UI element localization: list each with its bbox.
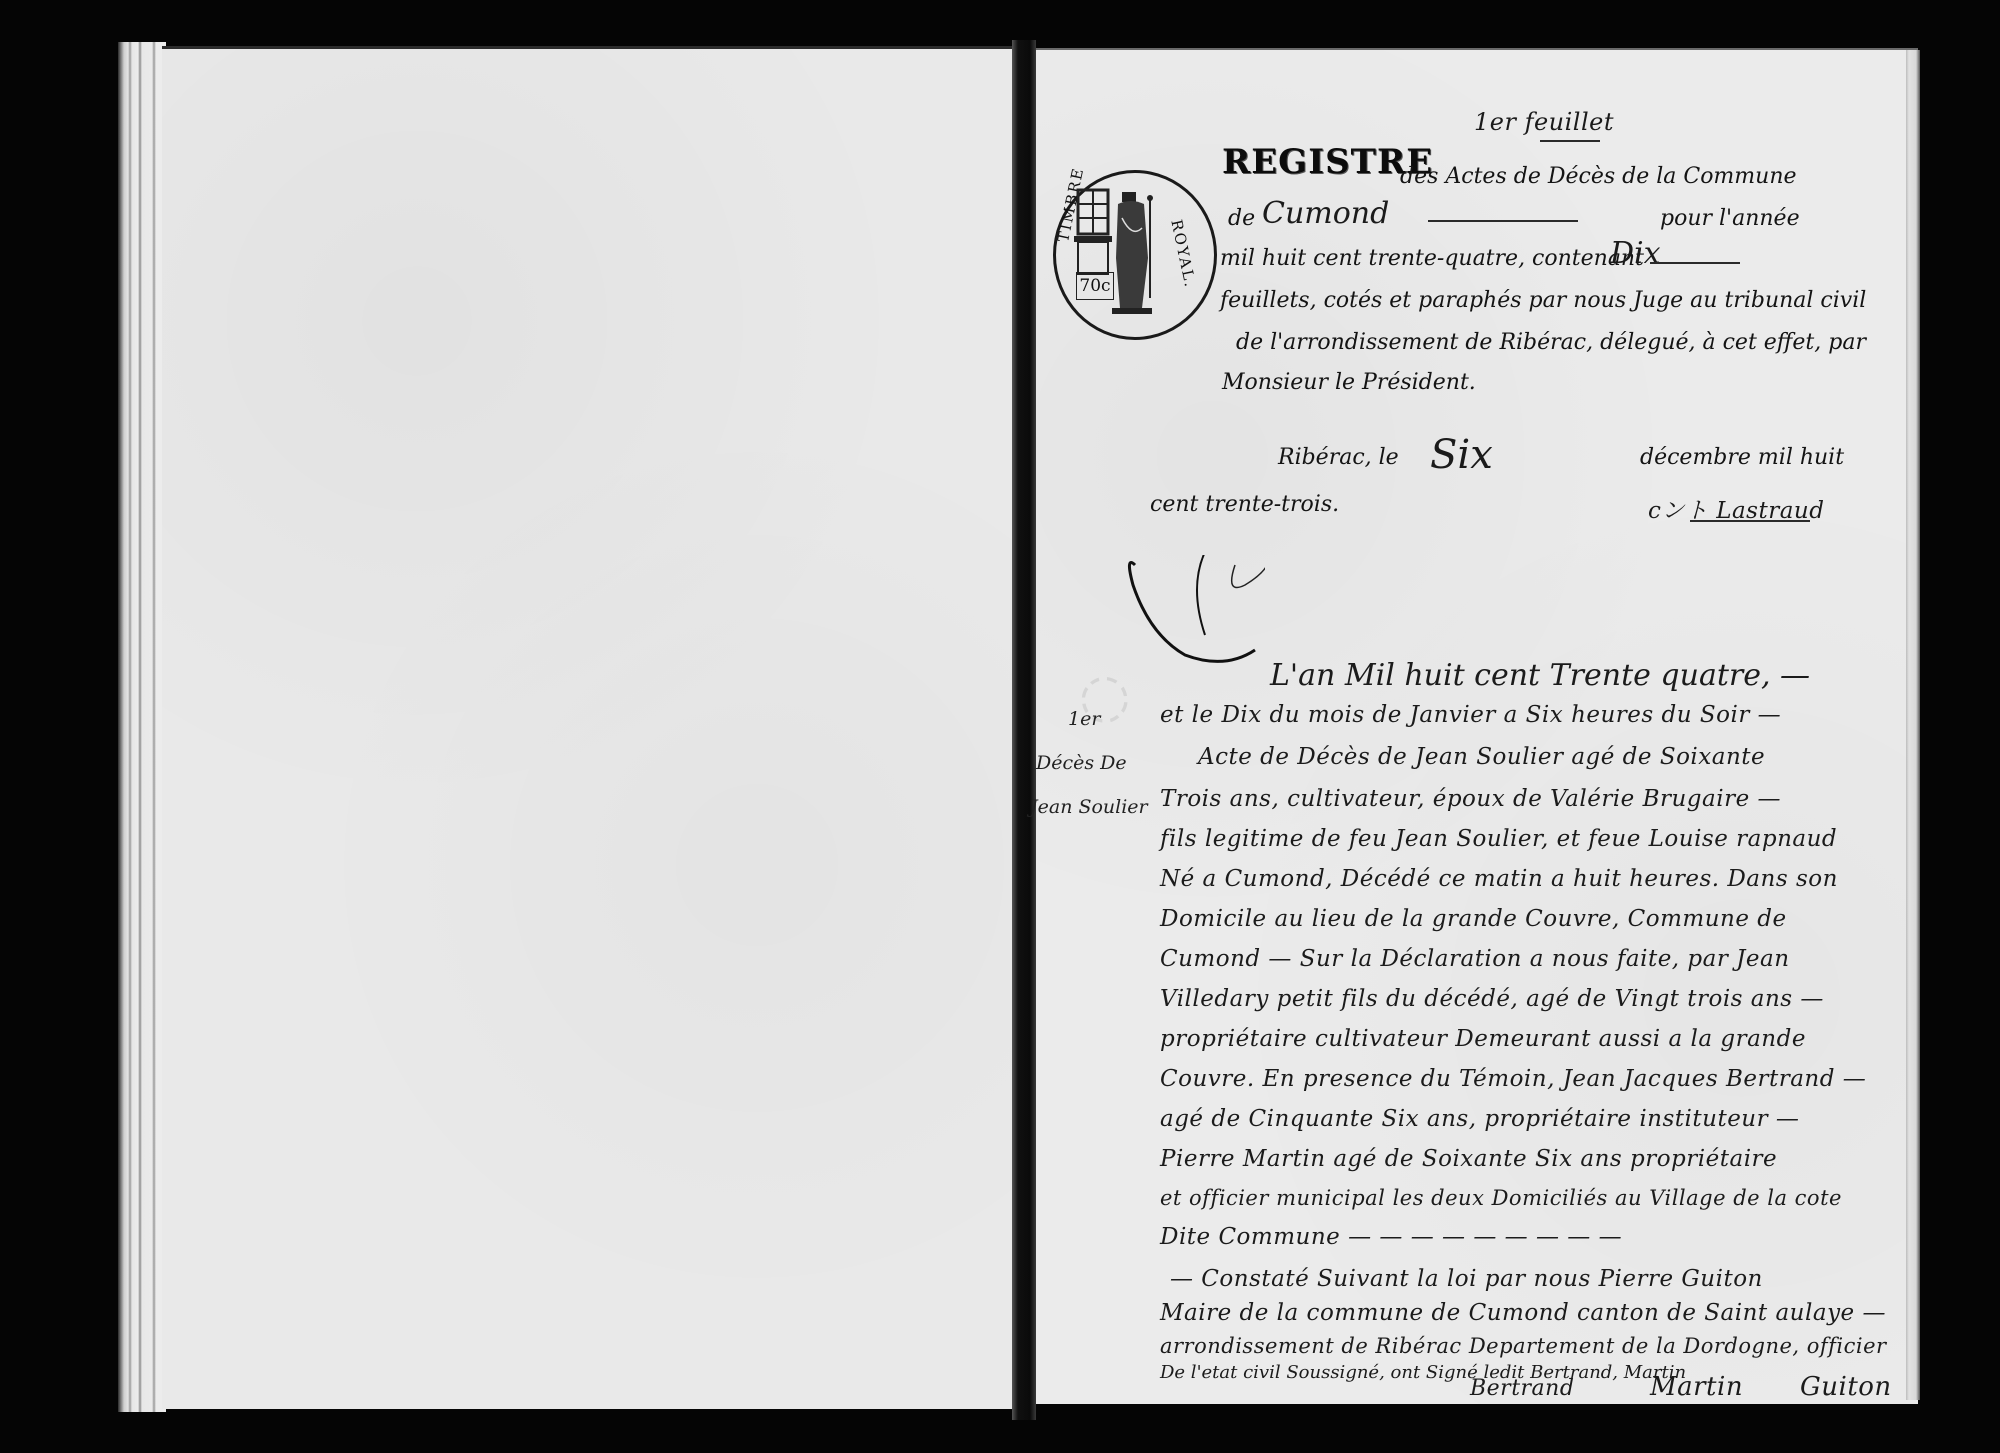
margin-line-1: Décès De <box>1036 752 1127 774</box>
dateline-month: décembre mil huit <box>1640 445 1844 470</box>
entry-line-2: et le Dix du mois de Janvier a Six heure… <box>1160 702 1781 728</box>
page-edge-stack <box>118 42 166 1412</box>
ornamental-initial-L <box>1095 555 1265 675</box>
folio-note: 1er feuillet <box>1474 108 1614 136</box>
entry-line-17: Maire de la commune de Cumond canton de … <box>1160 1300 1886 1326</box>
header-line-2-suffix: pour l'année <box>1660 206 1800 231</box>
entry-line-4: Trois ans, cultivateur, époux de Valérie… <box>1160 786 1781 812</box>
margin-line-2: Jean Soulier <box>1030 796 1148 818</box>
header-line-6: Monsieur le Président. <box>1222 370 1476 395</box>
judge-signature-flourish <box>1690 520 1810 522</box>
entry-line-12: agé de Cinquante Six ans, propriétaire i… <box>1160 1106 1799 1132</box>
left-page-blank <box>162 46 1012 1409</box>
dateline-year: cent trente-trois. <box>1150 492 1339 517</box>
dateline-place: Ribérac, le <box>1278 445 1399 470</box>
entry-line-13: Pierre Martin agé de Soixante Six ans pr… <box>1160 1146 1777 1172</box>
entry-line-19: De l'etat civil Soussigné, ont Signé led… <box>1160 1362 1686 1383</box>
commune-name-handwritten: Cumond <box>1262 196 1389 231</box>
entry-line-18: arrondissement de Ribérac Departement de… <box>1160 1334 1887 1358</box>
book-gutter <box>1012 40 1036 1420</box>
header-line-2-prefix: de <box>1228 206 1255 231</box>
signature-guiton: Guiton <box>1800 1372 1892 1402</box>
stamp-value: 70c <box>1076 272 1114 300</box>
entry-line-15: Dite Commune — — — — — — — — — <box>1160 1224 1622 1250</box>
dateline-day-handwritten: Six <box>1430 432 1493 478</box>
signature-martin: Martin <box>1650 1372 1743 1402</box>
entry-line-11: Couvre. En presence du Témoin, Jean Jacq… <box>1160 1066 1866 1092</box>
stamp-tablet-icon <box>1072 186 1116 276</box>
entry-line-7: Domicile au lieu de la grande Couvre, Co… <box>1160 906 1787 932</box>
commune-fill-line <box>1428 220 1578 222</box>
entry-line-8: Cumond — Sur la Déclaration a nous faite… <box>1160 946 1790 972</box>
entry-line-6: Né a Cumond, Décédé ce matin a huit heur… <box>1160 866 1838 892</box>
margin-entry-number: 1er <box>1068 708 1100 730</box>
entry-line-3: Acte de Décès de Jean Soulier agé de Soi… <box>1198 744 1765 770</box>
entry-line-14: et officier municipal les deux Domicilié… <box>1160 1186 1842 1210</box>
leaf-count-handwritten: Dix <box>1610 236 1661 271</box>
header-line-3-prefix: mil huit cent trente-quatre, contenant <box>1220 246 1644 271</box>
header-line-5: de l'arrondissement de Ribérac, délegué,… <box>1236 330 1866 355</box>
signature-bertrand: Bertrand <box>1470 1376 1574 1401</box>
leaf-count-fill-line <box>1650 262 1740 264</box>
entry-line-1: L'an Mil huit cent Trente quatre, — <box>1270 658 1810 693</box>
right-page-edge <box>1906 50 1920 1400</box>
entry-line-5: fils legitime de feu Jean Soulier, et fe… <box>1160 826 1837 852</box>
entry-line-9: Villedary petit fils du décédé, agé de V… <box>1160 986 1824 1012</box>
header-line-1: des Actes de Décès de la Commune <box>1400 164 1797 189</box>
folio-underline <box>1540 140 1600 142</box>
entry-line-16: — Constaté Suivant la loi par nous Pierr… <box>1170 1266 1763 1292</box>
header-line-4: feuillets, cotés et paraphés par nous Ju… <box>1220 288 1866 313</box>
entry-line-10: propriétaire cultivateur Demeurant aussi… <box>1160 1026 1806 1052</box>
